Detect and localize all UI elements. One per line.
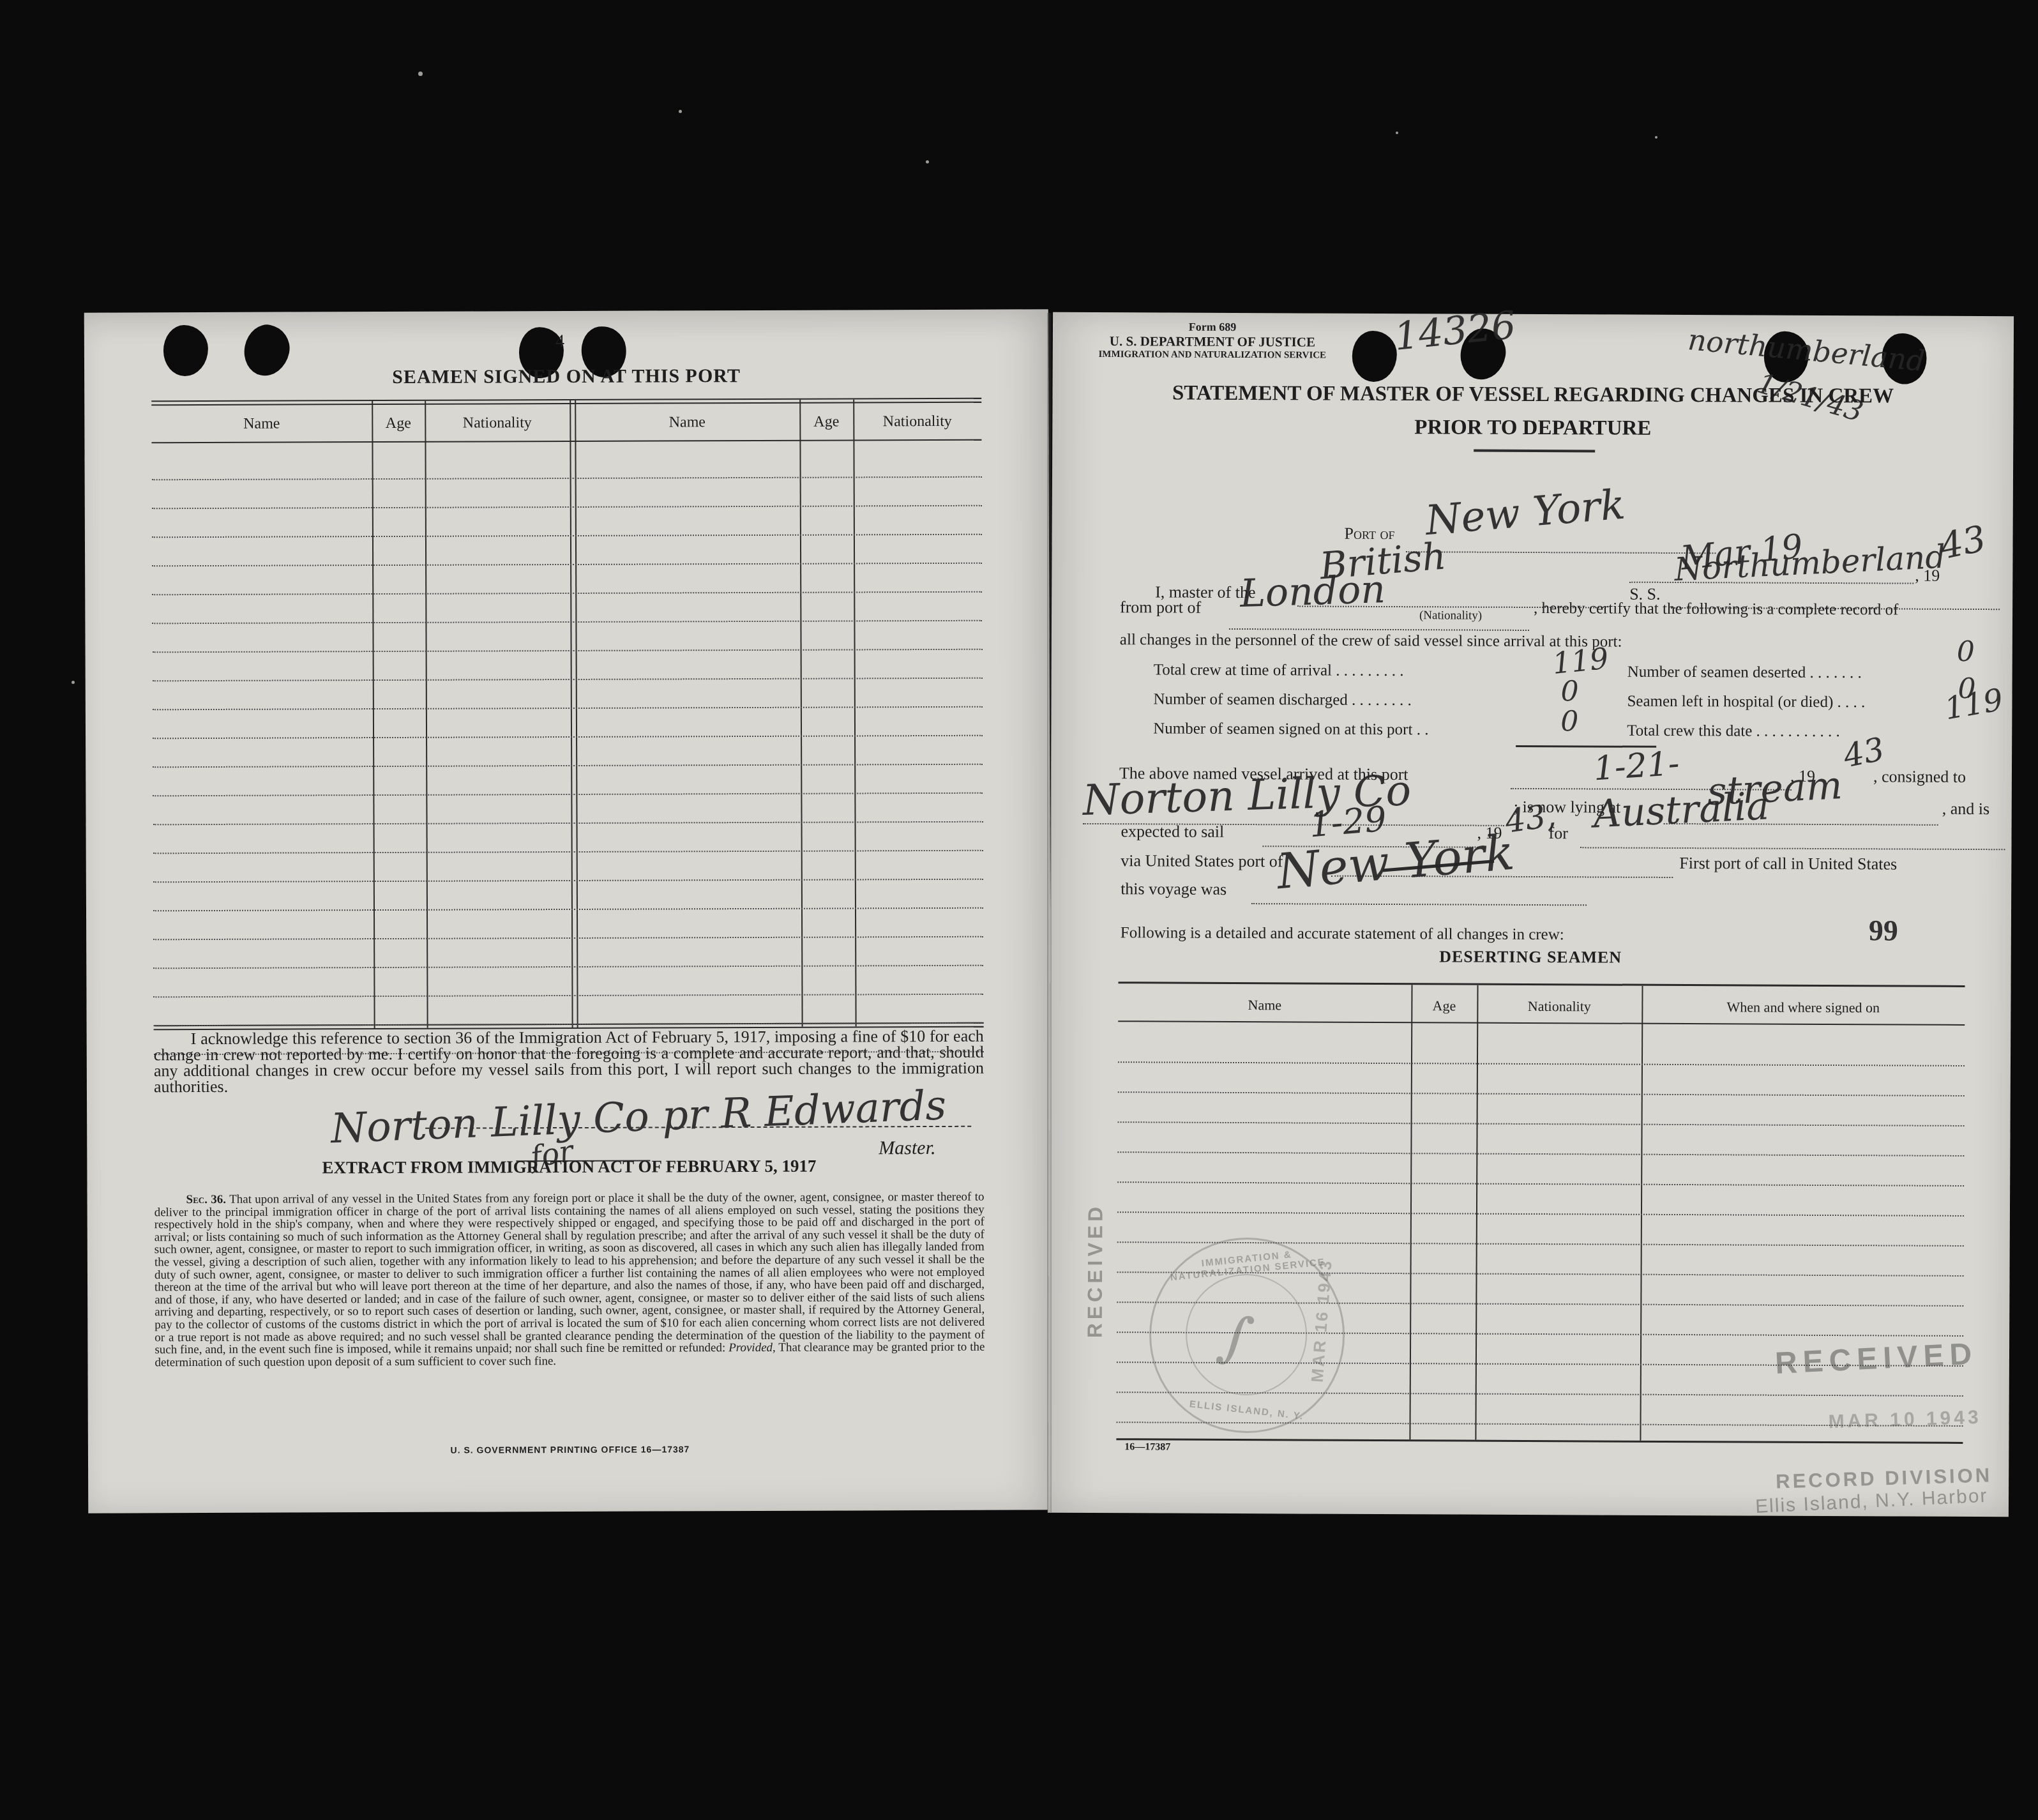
dust-speck [1655,136,1657,139]
table-row [153,995,983,1027]
col-header-nationality-2: Nationality [853,413,981,431]
printer-footer: U. S. GOVERNMENT PRINTING OFFICE 16—1738… [155,1443,985,1457]
received-vertical-stamp: RECEIVED [1083,1190,1108,1350]
destination-line [1580,847,2005,850]
stat-value-discharged: 0 [1560,675,1578,708]
table-row [153,937,983,969]
table-row [153,736,983,768]
table-row [152,535,982,567]
table-row [153,823,983,854]
page-title: SEAMEN SIGNED ON AT THIS PORT [151,365,981,390]
handwritten-vessel-note: northumberland [1687,322,1927,378]
sail-label: expected to sail [1121,822,1224,842]
from-port-value-handwriting: London [1239,567,1386,616]
consigned-label: , consigned to [1873,767,1966,787]
service-name: IMMIGRATION AND NATURALIZATION SERVICE [1082,349,1343,361]
col-header-age: Age [372,415,425,432]
department-name: U. S. DEPARTMENT OF JUSTICE [1082,333,1343,351]
arrival-date-handwriting: 1-21- [1592,745,1680,789]
certify-text-1: , hereby certify that the following is a… [1534,600,1898,619]
port-line [1406,551,1716,554]
table-row [153,966,983,998]
table-row [1117,1153,1964,1187]
for-label: for [1548,824,1567,843]
table-row [153,708,983,739]
stat-label-signed-on: Number of seamen signed on at this port … [1153,720,1428,739]
col-header-nationality: Nationality [1477,998,1642,1015]
deserting-seamen-title: DESERTING SEAMEN [1050,946,2011,969]
table-row [1118,1063,1965,1096]
printer-code: 16—17387 [1124,1441,1170,1453]
table-top-rule [151,402,981,406]
and-is-label: , and is [1942,800,1990,819]
destination-handwriting: Australia [1592,784,1770,837]
table-row [1118,1093,1965,1126]
extract-paragraph: Sec. 36. That upon arrival of any vessel… [155,1191,985,1369]
table-row [1117,1123,1964,1156]
first-port-label: First port of call in United States [1679,854,1897,874]
table-row [152,564,982,596]
voyage-line [1251,903,1587,906]
table-rows [151,441,983,1056]
form-id-block: Form 689 U. S. DEPARTMENT OF JUSTICE IMM… [1082,320,1343,361]
form-number: Form 689 [1082,320,1343,335]
stat-label-total: Total crew this date . . . . . . . . . .… [1627,722,1840,741]
table-row [1118,1022,1965,1066]
sheet-number-stamp: 99 [1869,913,1898,947]
dust-speck [418,72,423,76]
port-value-handwriting: New York [1424,481,1627,545]
table-row [153,794,983,826]
stat-value-deserted: 0 [1957,635,1975,668]
col-header-name: Name [1118,996,1411,1014]
dust-speck [72,681,75,684]
table-row [153,909,983,941]
from-port-line [1229,628,1529,631]
dust-speck [926,160,929,163]
table-row [151,441,981,481]
dust-speck [1396,132,1398,134]
section-provided: Provided, [728,1341,776,1354]
seamen-signed-on-table: Name Age Nationality Name Age Nationalit… [151,398,983,1031]
stat-label-discharged: Number of seamen discharged . . . . . . … [1153,690,1411,709]
stat-value-total: 119 [1942,682,2006,727]
stat-value-arrival: 119 [1551,641,1610,681]
section-body: That upon arrival of any vessel in the U… [155,1190,985,1357]
table-row [1117,1183,1964,1217]
left-page: 4 SEAMEN SIGNED ON AT THIS PORT Name Age… [84,309,1053,1513]
table-row [153,765,983,797]
col-header-name-2: Name [575,414,799,432]
table-row [153,851,983,883]
table-row [152,621,982,653]
col-header-name: Name [151,415,372,433]
certify-text-2: all changes in the personnel of the crew… [1120,631,1622,651]
hole-punch [1352,331,1397,382]
following-text: Following is a detailed and accurate sta… [1121,924,1564,944]
via-label: via United States port of [1121,851,1283,871]
page-fold-crease [1047,313,1052,1512]
table-row [153,679,983,711]
table-row [153,650,983,682]
table-row [153,880,983,912]
extract-title: EXTRACT FROM IMMIGRATION ACT OF FEBRUARY… [154,1156,984,1179]
title-underline [1474,450,1595,453]
dust-speck [679,110,682,113]
stat-label-arrival: Total crew at time of arrival . . . . . … [1154,661,1404,680]
table-row [152,593,982,625]
scanned-document: 4 SEAMEN SIGNED ON AT THIS PORT Name Age… [0,0,2038,1820]
form-title-line2: PRIOR TO DEPARTURE [1100,414,1965,442]
form-title-line1: STATEMENT OF MASTER OF VESSEL REGARDING … [1100,381,1965,409]
col-header-age: Age [1411,997,1477,1014]
stat-value-signed-on: 0 [1560,705,1578,738]
voyage-label: this voyage was [1121,879,1227,899]
col-header-age-2: Age [799,413,853,430]
table-row [152,478,982,510]
page-number: 4 [528,331,592,352]
from-port-label: from port of [1120,598,1201,618]
stat-label-hospital: Seamen left in hospital (or died) . . . … [1627,693,1865,712]
stat-label-deserted: Number of seamen deserted . . . . . . . [1627,664,1862,683]
table-row [152,506,982,538]
right-page: Form 689 U. S. DEPARTMENT OF JUSTICE IMM… [1048,312,2014,1517]
col-header-signed-on: When and where signed on [1642,999,1965,1017]
col-header-nationality: Nationality [425,414,570,432]
section-label: Sec. 36. [186,1193,227,1206]
